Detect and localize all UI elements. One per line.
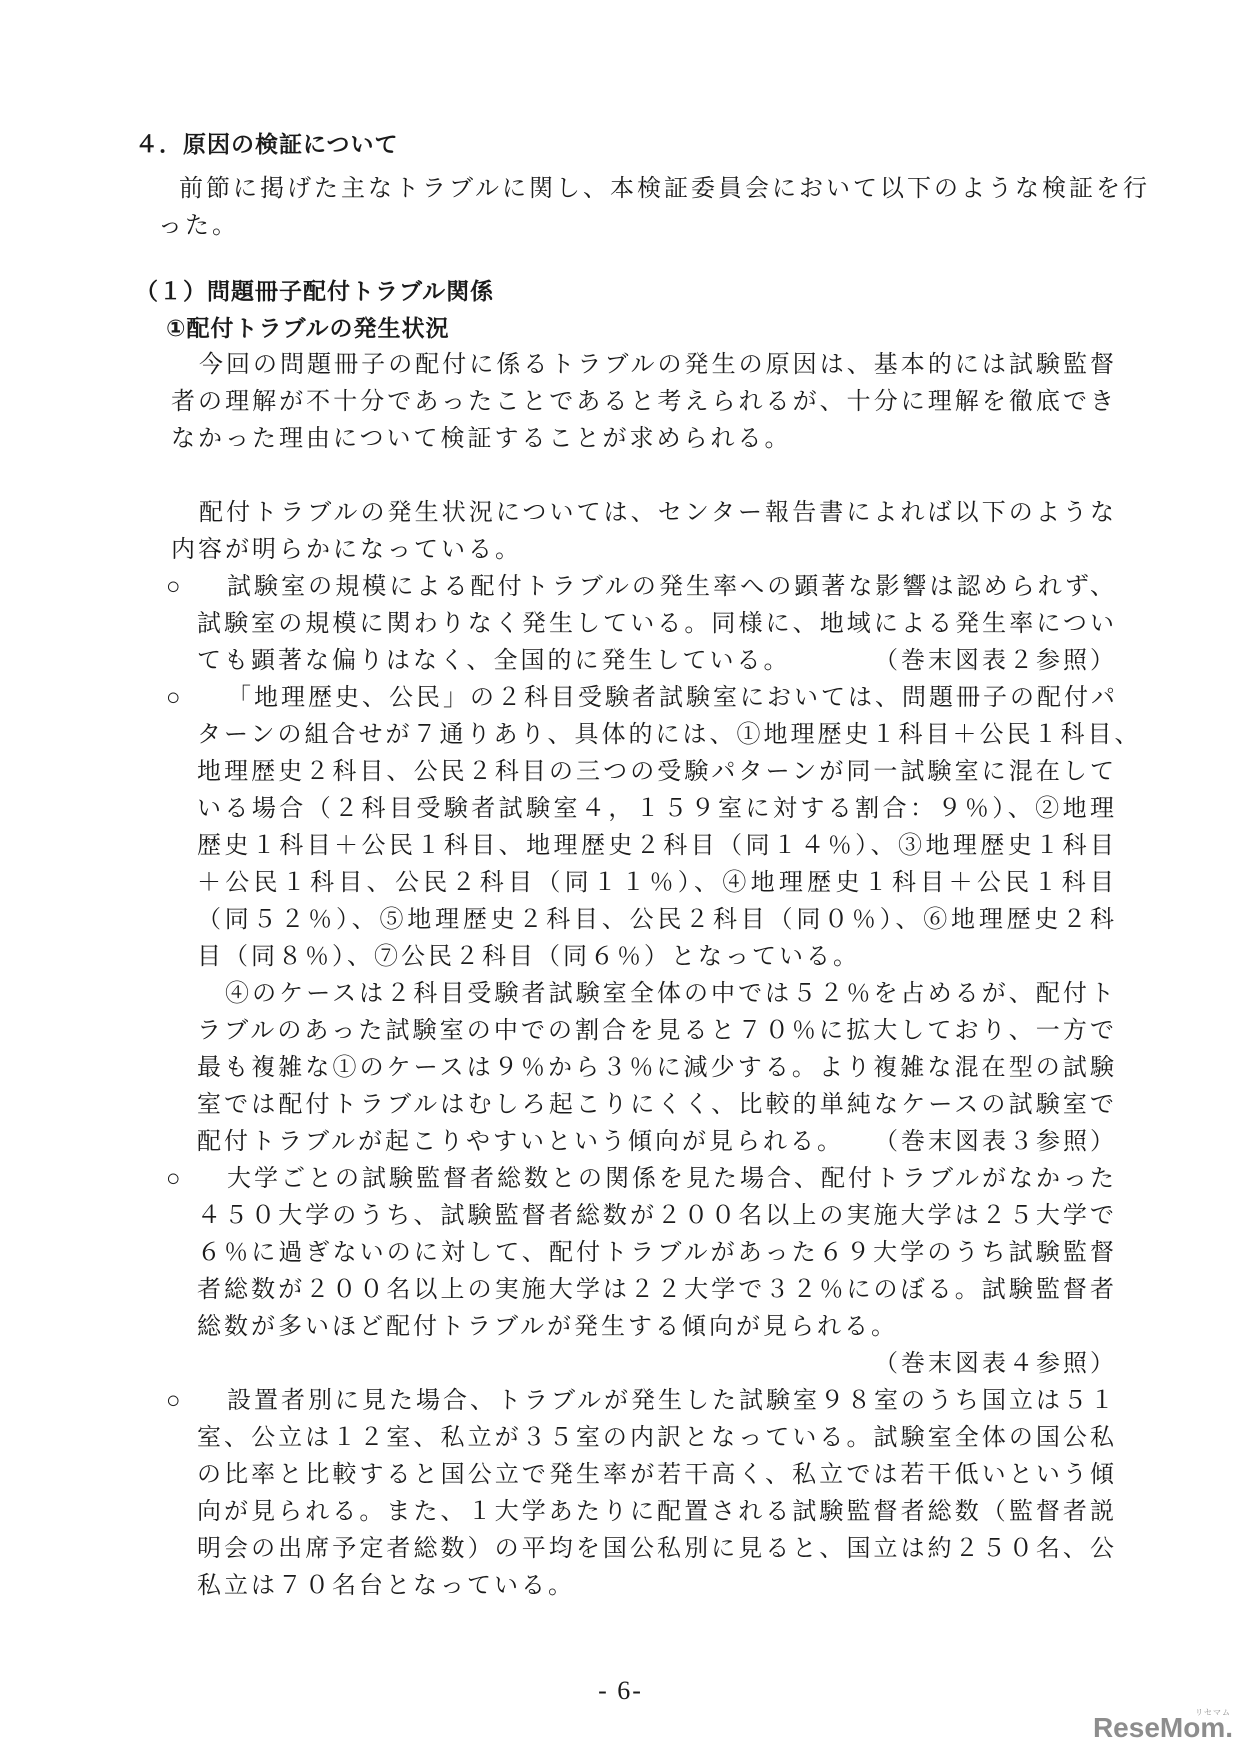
bullet-item-line: 配付トラブルが起こりやすいという傾向が見られる。 （巻末図表３参照） <box>197 1124 1117 1161</box>
bullet-item-line: ④のケースは２科目受験者試験室全体の中では５２％を占めるが、配付ト <box>225 976 1117 1013</box>
intro-paragraph-line: った。 <box>158 208 1117 245</box>
section-heading: （１）問題冊子配付トラブル関係 <box>135 273 1117 310</box>
bullet-item-line: いる場合（２科目受験者試験室４，１５９室に対する割合：９％）、②地理 <box>197 791 1117 828</box>
bullet-item-line: 総数が多いほど配付トラブルが発生する傾向が見られる。 <box>197 1309 1117 1346</box>
bullet-marker: ○ <box>166 1383 227 1420</box>
bullet-marker: ○ <box>166 569 227 606</box>
bullet-item-line: 目（同８％）、⑦公民２科目（同６％）となっている。 <box>197 939 1117 976</box>
bullet-item-line: 「地理歴史、公民」の２科目受験者試験室においては、問題冊子の配付パ <box>227 680 1118 717</box>
bullet-item-line: 歴史１科目＋公民１科目、地理歴史２科目（同１４％）、③地理歴史１科目 <box>197 828 1117 865</box>
bullet-item: ○ 「地理歴史、公民」の２科目受験者試験室においては、問題冊子の配付パ <box>166 680 1117 717</box>
bullet-marker: ○ <box>166 1161 227 1198</box>
bullet-item-line: ４５０大学のうち、試験監督者総数が２００名以上の実施大学は２５大学で <box>197 1198 1117 1235</box>
paragraph-line: なかった理由について検証することが求められる。 <box>171 421 1117 458</box>
bullet-item-line: 向が見られる。また、１大学あたりに配置される試験監督者総数（監督者説 <box>197 1494 1117 1531</box>
bullet-item-line: 明会の出席予定者総数）の平均を国公私別に見ると、国立は約２５０名、公 <box>197 1531 1117 1568</box>
bullet-item-line: ６％に過ぎないのに対して、配付トラブルがあった６９大学のうち試験監督 <box>197 1235 1117 1272</box>
figure-reference: （巻末図表３参照） <box>874 1124 1117 1161</box>
paragraph-line: 者の理解が不十分であったことであると考えられるが、十分に理解を徹底でき <box>171 384 1117 421</box>
resemom-logo: リセマム ReseMom. <box>1093 1712 1233 1744</box>
figure-reference: （巻末図表４参照） <box>874 1351 1117 1377</box>
figure-reference: （巻末図表２参照） <box>874 643 1117 680</box>
doc-title: ４．原因の検証について <box>135 126 1117 163</box>
bullet-item-line: 試験室の規模による配付トラブルの発生率への顕著な影響は認められず、 <box>227 569 1117 606</box>
bullet-item: ○ 試験室の規模による配付トラブルの発生率への顕著な影響は認められず、 <box>166 569 1117 606</box>
bullet-item-line: の比率と比較すると国公立で発生率が若干高く、私立では若干低いという傾 <box>197 1457 1117 1494</box>
bullet-marker: ○ <box>166 680 227 717</box>
page-number: - 6- <box>0 1676 1241 1706</box>
spacer <box>0 245 1241 273</box>
subsection-heading: ①配付トラブルの発生状況 <box>166 310 1117 347</box>
document-content: ４．原因の検証について 前節に掲げた主なトラブルに関し、本検証委員会において以下… <box>0 126 1241 1605</box>
document-page: ４．原因の検証について 前節に掲げた主なトラブルに関し、本検証委員会において以下… <box>0 0 1241 1755</box>
bullet-item-line: 私立は７０名台となっている。 <box>197 1568 1117 1605</box>
paragraph-line: 配付トラブルの発生状況については、センター報告書によれば以下のような <box>199 495 1117 532</box>
bullet-item-line: 大学ごとの試験監督者総数との関係を見た場合、配付トラブルがなかった <box>227 1161 1117 1198</box>
bullet-item-line: 試験室の規模に関わりなく発生している。同様に、地域による発生率につい <box>197 606 1117 643</box>
bullet-item-line: （巻末図表４参照） <box>197 1346 1117 1383</box>
bullet-item-line: （同５２％）、⑤地理歴史２科目、公民２科目（同０％）、⑥地理歴史２科 <box>197 902 1117 939</box>
bullet-item-line: 者総数が２００名以上の実施大学は２２大学で３２％にのぼる。試験監督者 <box>197 1272 1117 1309</box>
bullet-item-line: 地理歴史２科目、公民２科目の三つの受験パターンが同一試験室に混在して <box>197 754 1117 791</box>
paragraph-line: 今回の問題冊子の配付に係るトラブルの発生の原因は、基本的には試験監督 <box>199 347 1117 384</box>
bullet-item-line: 設置者別に見た場合、トラブルが発生した試験室９８室のうち国立は５１ <box>227 1383 1117 1420</box>
bullet-item-line: 最も複雑な①のケースは９％から３％に減少する。より複雑な混在型の試験 <box>197 1050 1117 1087</box>
bullet-item: ○ 設置者別に見た場合、トラブルが発生した試験室９８室のうち国立は５１ <box>166 1383 1117 1420</box>
paragraph-line: 内容が明らかになっている。 <box>171 532 1117 569</box>
intro-paragraph-line: 前節に掲げた主なトラブルに関し、本検証委員会において以下のような検証を行 <box>179 171 1117 208</box>
bullet-item: ○ 大学ごとの試験監督者総数との関係を見た場合、配付トラブルがなかった <box>166 1161 1117 1198</box>
bullet-item-text: 配付トラブルが起こりやすいという傾向が見られる。 <box>197 1124 844 1161</box>
bullet-item-line: ても顕著な偏りはなく、全国的に発生している。 （巻末図表２参照） <box>197 643 1117 680</box>
bullet-item-line: ＋公民１科目、公民２科目（同１１％）、④地理歴史１科目＋公民１科目 <box>197 865 1117 902</box>
bullet-item-line: ターンの組合せが７通りあり、具体的には、①地理歴史１科目＋公民１科目、 <box>197 717 1117 754</box>
blank-line <box>0 458 1241 495</box>
bullet-item-line: 室、公立は１２室、私立が３５室の内訳となっている。試験室全体の国公私 <box>197 1420 1117 1457</box>
bullet-item-text: ても顕著な偏りはなく、全国的に発生している。 <box>197 643 791 680</box>
resemom-logo-ruby: リセマム <box>1195 1707 1231 1718</box>
bullet-item-line: 室では配付トラブルはむしろ起こりにくく、比較的単純なケースの試験室で <box>197 1087 1117 1124</box>
bullet-item-line: ラブルのあった試験室の中での割合を見ると７０％に拡大しており、一方で <box>197 1013 1117 1050</box>
